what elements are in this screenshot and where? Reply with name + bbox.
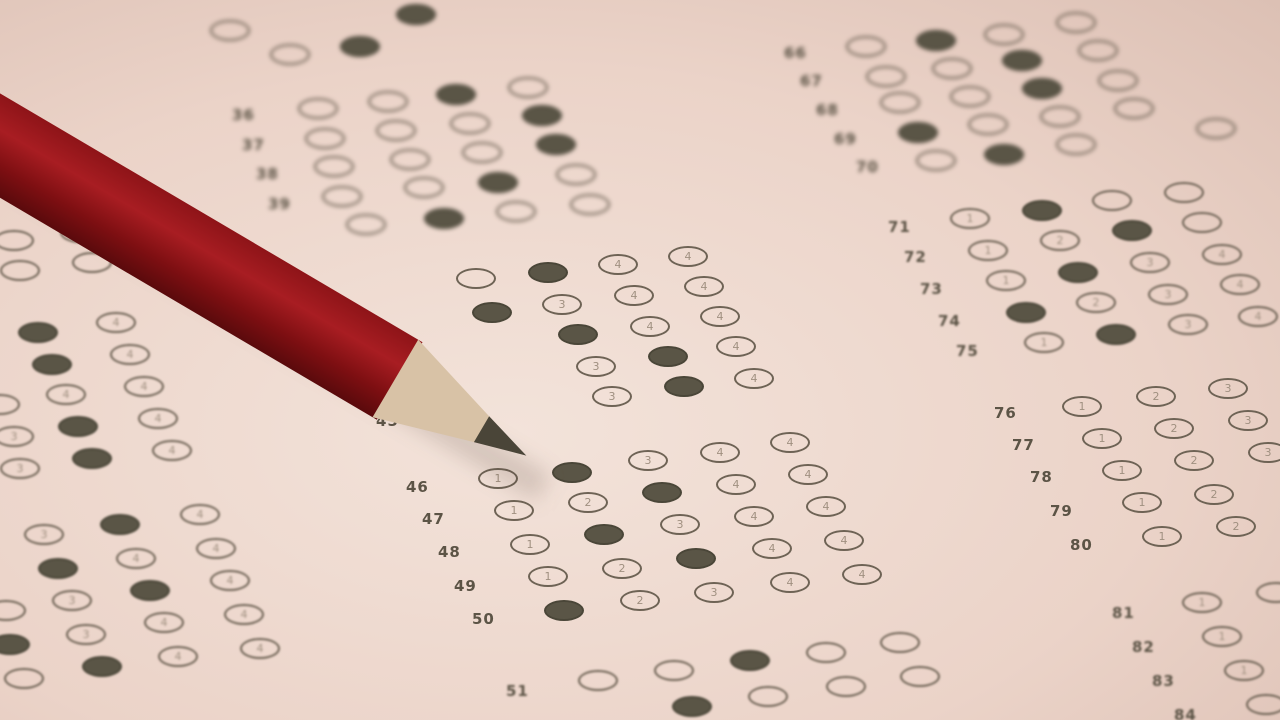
answer-bubble[interactable]: 2 xyxy=(1174,450,1214,471)
answer-bubble[interactable]: 4 xyxy=(770,572,810,593)
answer-bubble-filled[interactable] xyxy=(424,208,464,229)
answer-bubble[interactable]: 4 xyxy=(788,464,828,485)
answer-bubble[interactable]: 4 xyxy=(138,408,178,429)
answer-bubble[interactable]: 4 xyxy=(734,368,774,389)
answer-bubble-filled[interactable] xyxy=(664,376,704,397)
answer-bubble[interactable]: 4 xyxy=(116,548,156,569)
answer-bubble[interactable] xyxy=(932,58,972,79)
answer-bubble[interactable]: 3 xyxy=(1248,442,1280,463)
answer-bubble[interactable]: 2 xyxy=(568,492,608,513)
answer-bubble-filled[interactable] xyxy=(1096,324,1136,345)
answer-bubble[interactable]: 3 xyxy=(542,294,582,315)
answer-bubble[interactable]: 3 xyxy=(694,582,734,603)
answer-bubble[interactable]: 2 xyxy=(620,590,660,611)
answer-bubble[interactable] xyxy=(1056,12,1096,33)
answer-bubble-filled[interactable] xyxy=(436,84,476,105)
answer-bubble[interactable]: 4 xyxy=(210,570,250,591)
answer-bubble[interactable]: 3 xyxy=(24,524,64,545)
answer-bubble[interactable] xyxy=(314,156,354,177)
answer-bubble[interactable]: 1 xyxy=(1202,626,1242,647)
question-number: 79 xyxy=(1050,502,1073,520)
answer-bubble[interactable]: 4 xyxy=(716,336,756,357)
answer-bubble[interactable]: 4 xyxy=(240,638,280,659)
question-number: 49 xyxy=(454,577,477,595)
answer-bubble-filled[interactable] xyxy=(730,650,770,671)
question-number: 67 xyxy=(800,72,823,90)
answer-bubble[interactable]: 2 xyxy=(1154,418,1194,439)
answer-bubble[interactable]: 4 xyxy=(144,612,184,633)
answer-bubble[interactable]: 4 xyxy=(110,344,150,365)
question-number: 73 xyxy=(920,280,943,298)
answer-bubble[interactable] xyxy=(556,164,596,185)
question-number: 75 xyxy=(956,342,979,360)
answer-bubble[interactable]: 1 xyxy=(1182,592,1222,613)
question-number: 51 xyxy=(506,682,529,700)
answer-bubble[interactable] xyxy=(0,600,26,621)
answer-bubble-filled[interactable] xyxy=(130,580,170,601)
answer-bubble[interactable]: 1 xyxy=(510,534,550,555)
answer-bubble[interactable]: 1 xyxy=(1082,428,1122,449)
question-number: 66 xyxy=(784,44,807,62)
answer-bubble[interactable] xyxy=(1098,70,1138,91)
answer-bubble[interactable]: 2 xyxy=(1076,292,1116,313)
answer-bubble-filled[interactable] xyxy=(898,122,938,143)
question-number: 47 xyxy=(422,510,445,528)
answer-bubble[interactable] xyxy=(450,113,490,134)
answer-bubble[interactable]: 2 xyxy=(1040,230,1080,251)
answer-bubble[interactable]: 4 xyxy=(46,384,86,405)
question-number: 71 xyxy=(888,218,911,236)
answer-bubble[interactable]: 3 xyxy=(592,386,632,407)
question-number: 84 xyxy=(1174,706,1197,720)
answer-bubble[interactable]: 4 xyxy=(806,496,846,517)
answer-bubble[interactable]: 1 xyxy=(1122,492,1162,513)
answer-bubble[interactable] xyxy=(376,120,416,141)
answer-bubble[interactable]: 4 xyxy=(630,316,670,337)
answer-bubble[interactable] xyxy=(826,676,866,697)
answer-bubble[interactable]: 2 xyxy=(1194,484,1234,505)
answer-bubble-filled[interactable] xyxy=(72,448,112,469)
answer-bubble[interactable]: 4 xyxy=(158,646,198,667)
answer-bubble[interactable] xyxy=(0,394,20,415)
answer-bubble[interactable]: 4 xyxy=(1220,274,1260,295)
answer-bubble-filled[interactable] xyxy=(558,324,598,345)
answer-bubble[interactable] xyxy=(984,24,1024,45)
answer-bubble-filled[interactable] xyxy=(340,36,380,57)
answer-bubble[interactable] xyxy=(346,214,386,235)
answer-bubble[interactable] xyxy=(496,201,536,222)
answer-bubble[interactable]: 1 xyxy=(1062,396,1102,417)
question-number: 48 xyxy=(438,543,461,561)
answer-bubble[interactable] xyxy=(4,668,44,689)
answer-bubble[interactable]: 3 xyxy=(1130,252,1170,273)
question-number: 82 xyxy=(1132,638,1155,656)
answer-bubble[interactable] xyxy=(806,642,846,663)
answer-bubble-filled[interactable] xyxy=(82,656,122,677)
answer-bubble-filled[interactable] xyxy=(1022,78,1062,99)
answer-bubble[interactable]: 4 xyxy=(734,506,774,527)
answer-bubble[interactable] xyxy=(748,686,788,707)
answer-bubble[interactable] xyxy=(570,194,610,215)
answer-bubble-filled[interactable] xyxy=(396,4,436,25)
answer-bubble-filled[interactable] xyxy=(38,558,78,579)
answer-bubble-filled[interactable] xyxy=(672,696,712,717)
answer-bubble[interactable]: 2 xyxy=(1136,386,1176,407)
answer-bubble[interactable]: 1 xyxy=(1024,332,1064,353)
answer-bubble[interactable]: 1 xyxy=(1102,460,1142,481)
answer-bubble[interactable] xyxy=(1040,106,1080,127)
answer-bubble[interactable] xyxy=(880,632,920,653)
answer-bubble[interactable] xyxy=(968,114,1008,135)
answer-bubble[interactable]: 2 xyxy=(602,558,642,579)
question-number: 46 xyxy=(406,478,429,496)
question-number: 77 xyxy=(1012,436,1035,454)
answer-bubble[interactable]: 4 xyxy=(196,538,236,559)
answer-bubble[interactable]: 3 xyxy=(1148,284,1188,305)
answer-bubble-filled[interactable] xyxy=(1006,302,1046,323)
answer-bubble[interactable] xyxy=(1078,40,1118,61)
answer-bubble[interactable] xyxy=(846,36,886,57)
answer-bubble[interactable] xyxy=(900,666,940,687)
answer-bubble[interactable]: 4 xyxy=(180,504,220,525)
answer-bubble[interactable]: 4 xyxy=(124,376,164,397)
answer-bubble[interactable]: 1 xyxy=(986,270,1026,291)
question-number: 78 xyxy=(1030,468,1053,486)
answer-bubble[interactable]: 4 xyxy=(668,246,708,267)
answer-bubble[interactable]: 3 xyxy=(576,356,616,377)
answer-bubble-filled[interactable] xyxy=(522,105,562,126)
answer-bubble[interactable]: 4 xyxy=(752,538,792,559)
answer-bubble[interactable] xyxy=(298,98,338,119)
answer-bubble[interactable]: 4 xyxy=(700,306,740,327)
answer-bubble[interactable] xyxy=(0,260,40,281)
answer-bubble-filled[interactable] xyxy=(1058,262,1098,283)
answer-bubble[interactable] xyxy=(950,86,990,107)
answer-sheet-photo: 36 37 38 39 66 67 68 69 70 xyxy=(0,0,1280,720)
answer-bubble[interactable] xyxy=(866,66,906,87)
answer-bubble-filled[interactable] xyxy=(552,462,592,483)
answer-bubble[interactable]: 1 xyxy=(968,240,1008,261)
answer-bubble[interactable]: 3 xyxy=(52,590,92,611)
answer-bubble[interactable] xyxy=(1246,694,1280,715)
question-number: 50 xyxy=(472,610,495,628)
answer-bubble[interactable]: 1 xyxy=(1142,526,1182,547)
answer-bubble-filled[interactable] xyxy=(1022,200,1062,221)
answer-bubble-filled[interactable] xyxy=(916,30,956,51)
answer-bubble-filled[interactable] xyxy=(984,144,1024,165)
answer-bubble-filled[interactable] xyxy=(32,354,72,375)
answer-bubble[interactable]: 4 xyxy=(716,474,756,495)
answer-bubble[interactable]: 2 xyxy=(1216,516,1256,537)
answer-bubble-filled[interactable] xyxy=(584,524,624,545)
answer-bubble[interactable]: 4 xyxy=(598,254,638,275)
answer-bubble[interactable] xyxy=(322,186,362,207)
answer-bubble[interactable]: 3 xyxy=(1168,314,1208,335)
answer-bubble-filled[interactable] xyxy=(642,482,682,503)
answer-bubble-filled[interactable] xyxy=(58,416,98,437)
answer-bubble[interactable] xyxy=(456,268,496,289)
answer-bubble[interactable] xyxy=(270,44,310,65)
answer-bubble[interactable] xyxy=(1092,190,1132,211)
answer-bubble-filled[interactable] xyxy=(536,134,576,155)
question-number: 76 xyxy=(994,404,1017,422)
answer-bubble[interactable] xyxy=(1164,182,1204,203)
question-number: 70 xyxy=(856,158,879,176)
answer-bubble-filled[interactable] xyxy=(472,302,512,323)
answer-bubble[interactable] xyxy=(390,149,430,170)
answer-bubble[interactable] xyxy=(1182,212,1222,233)
answer-bubble-filled[interactable] xyxy=(528,262,568,283)
answer-bubble-filled[interactable] xyxy=(676,548,716,569)
question-number: 72 xyxy=(904,248,927,266)
question-number: 80 xyxy=(1070,536,1093,554)
answer-bubble-filled[interactable] xyxy=(544,600,584,621)
answer-bubble[interactable] xyxy=(1056,134,1096,155)
answer-bubble[interactable]: 3 xyxy=(0,458,40,479)
question-number: 38 xyxy=(256,165,279,183)
answer-bubble[interactable]: 1 xyxy=(528,566,568,587)
answer-bubble[interactable]: 3 xyxy=(1208,378,1248,399)
question-number: 69 xyxy=(834,130,857,148)
answer-bubble[interactable]: 4 xyxy=(824,530,864,551)
question-number: 68 xyxy=(816,101,839,119)
answer-bubble[interactable]: 4 xyxy=(1238,306,1278,327)
question-number: 36 xyxy=(232,106,255,124)
answer-bubble[interactable]: 4 xyxy=(842,564,882,585)
question-number: 37 xyxy=(242,136,265,154)
answer-bubble[interactable]: 3 xyxy=(0,426,34,447)
answer-bubble[interactable] xyxy=(0,230,34,251)
answer-bubble[interactable]: 4 xyxy=(96,312,136,333)
answer-bubble[interactable]: 3 xyxy=(1228,410,1268,431)
answer-bubble-filled[interactable] xyxy=(0,634,30,655)
answer-bubble[interactable]: 4 xyxy=(684,276,724,297)
answer-bubble[interactable]: 4 xyxy=(1202,244,1242,265)
answer-bubble[interactable]: 4 xyxy=(614,285,654,306)
answer-bubble[interactable] xyxy=(1114,98,1154,119)
answer-bubble[interactable]: 4 xyxy=(700,442,740,463)
answer-bubble-filled[interactable] xyxy=(1002,50,1042,71)
answer-bubble[interactable] xyxy=(210,20,250,41)
answer-bubble[interactable] xyxy=(508,77,548,98)
answer-bubble[interactable] xyxy=(1196,118,1236,139)
answer-bubble-filled[interactable] xyxy=(100,514,140,535)
answer-bubble[interactable] xyxy=(462,142,502,163)
answer-bubble[interactable]: 1 xyxy=(494,500,534,521)
answer-bubble-filled[interactable] xyxy=(18,322,58,343)
question-number: 81 xyxy=(1112,604,1135,622)
answer-bubble[interactable]: 3 xyxy=(628,450,668,471)
question-number: 39 xyxy=(268,195,291,213)
answer-bubble[interactable]: 4 xyxy=(152,440,192,461)
answer-bubble[interactable]: 3 xyxy=(660,514,700,535)
answer-bubble[interactable] xyxy=(880,92,920,113)
answer-bubble-filled[interactable] xyxy=(648,346,688,367)
answer-bubble[interactable]: 3 xyxy=(66,624,106,645)
question-number: 74 xyxy=(938,312,961,330)
answer-bubble-filled[interactable] xyxy=(478,172,518,193)
answer-bubble[interactable] xyxy=(578,670,618,691)
answer-bubble[interactable]: 1 xyxy=(1224,660,1264,681)
answer-bubble[interactable] xyxy=(305,128,345,149)
answer-bubble[interactable] xyxy=(1256,582,1280,603)
answer-bubble[interactable]: 4 xyxy=(224,604,264,625)
answer-bubble[interactable] xyxy=(654,660,694,681)
answer-bubble[interactable] xyxy=(404,177,444,198)
answer-bubble-filled[interactable] xyxy=(1112,220,1152,241)
answer-bubble[interactable]: 4 xyxy=(770,432,810,453)
answer-bubble[interactable] xyxy=(368,91,408,112)
answer-bubble[interactable]: 1 xyxy=(950,208,990,229)
question-number: 83 xyxy=(1152,672,1175,690)
answer-bubble[interactable] xyxy=(916,150,956,171)
